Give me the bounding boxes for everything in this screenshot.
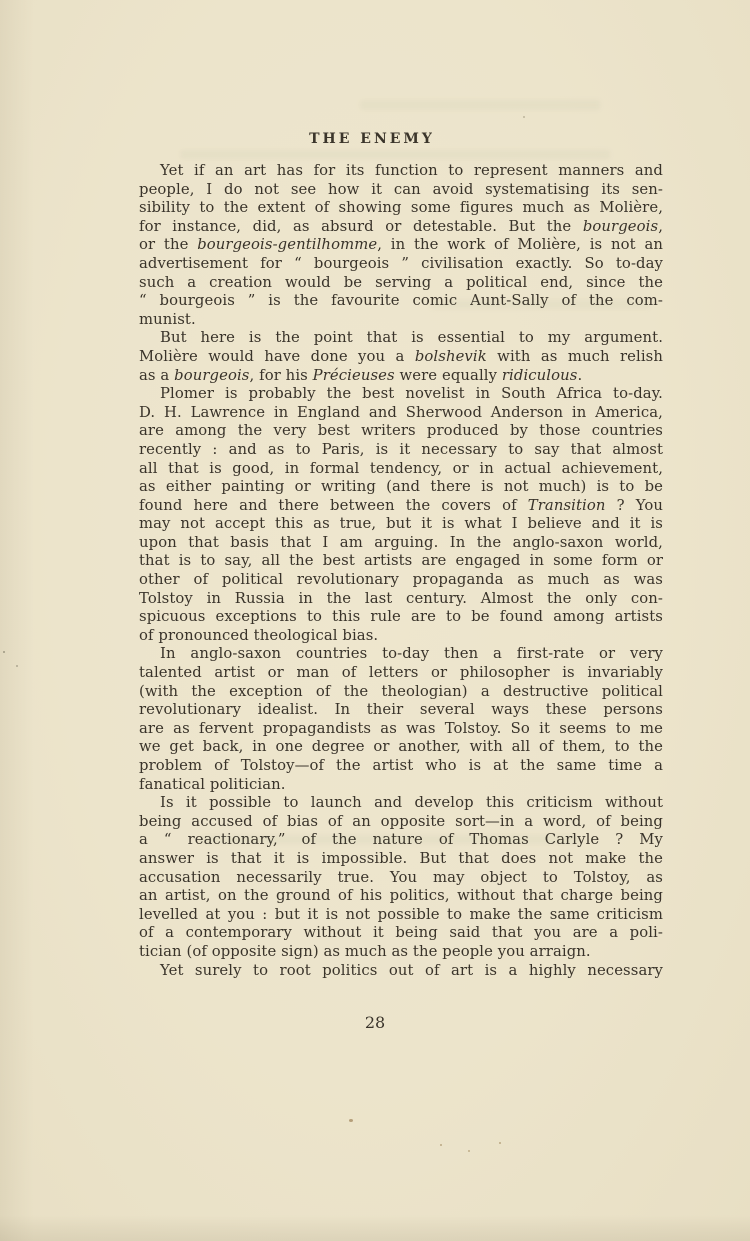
paragraph: Is it possible to launch and develop thi… bbox=[139, 794, 663, 961]
text-line: recently : and as to Paris, is it necess… bbox=[139, 441, 663, 460]
text-line: D. H. Lawrence in England and Sherwood A… bbox=[139, 404, 663, 423]
text-line: other of political revolutionary propaga… bbox=[139, 571, 663, 590]
text-segment: were equally bbox=[395, 367, 502, 384]
text-segment: D. H. Lawrence in England and Sherwood A… bbox=[139, 404, 663, 421]
paragraph: Plomer is probably the best novelist in … bbox=[139, 385, 663, 645]
text-line: accusation necessarily true. You may obj… bbox=[139, 869, 663, 888]
text-segment: people, I do not see how it can avoid sy… bbox=[139, 181, 663, 198]
paper-speck bbox=[349, 1119, 353, 1122]
show-through-smudge bbox=[200, 835, 580, 844]
text-segment: answer is that it is impossible. But tha… bbox=[139, 850, 663, 867]
text-segment: may not accept this as true, but it is w… bbox=[139, 515, 663, 532]
italic-text: Précieuses bbox=[313, 367, 395, 384]
text-segment: with as much relish bbox=[487, 348, 663, 365]
text-segment: revolutionary idealist. In their several… bbox=[139, 701, 663, 718]
text-segment: munist. bbox=[139, 311, 196, 328]
italic-text: bourgeois bbox=[583, 218, 658, 235]
text-segment: recently : and as to Paris, is it necess… bbox=[139, 441, 663, 458]
text-segment: accusation necessarily true. You may obj… bbox=[139, 869, 663, 886]
paper-speck bbox=[16, 665, 18, 667]
text-line: an artist, on the ground of his politics… bbox=[139, 887, 663, 906]
text-segment: , in the work of Molière, is not an bbox=[377, 236, 663, 253]
paper-speck bbox=[468, 1150, 470, 1152]
page-number: 28 bbox=[0, 1013, 750, 1032]
text-segment: as a bbox=[139, 367, 174, 384]
text-segment: fanatical politician. bbox=[139, 776, 286, 793]
text-line: Yet surely to root politics out of art i… bbox=[139, 962, 663, 981]
text-segment: But here is the point that is essential … bbox=[160, 329, 663, 346]
paragraph: In anglo-saxon countries to-day then a f… bbox=[139, 645, 663, 794]
text-line: fanatical politician. bbox=[139, 776, 663, 795]
text-segment: are among the very best writers produced… bbox=[139, 422, 663, 439]
text-segment: upon that basis that I am arguing. In th… bbox=[139, 534, 663, 551]
italic-text: bourgeois-gentilhomme bbox=[197, 236, 377, 253]
paragraph: Yet surely to root politics out of art i… bbox=[139, 962, 663, 981]
text-segment: Tolstoy in Russia in the last century. A… bbox=[139, 590, 663, 607]
show-through-smudge bbox=[360, 100, 600, 110]
text-line: (with the exception of the theologian) a… bbox=[139, 683, 663, 702]
paper-speck bbox=[499, 1142, 501, 1144]
text-segment: sibility to the extent of showing some f… bbox=[139, 199, 663, 216]
text-segment: levelled at you : but it is not possible… bbox=[139, 906, 663, 923]
text-line: as a bourgeois, for his Précieuses were … bbox=[139, 367, 663, 386]
text-line: Molière would have done you a bolshevik … bbox=[139, 348, 663, 367]
text-segment: for instance, did, as absurd or detestab… bbox=[139, 218, 583, 235]
text-line: In anglo-saxon countries to-day then a f… bbox=[139, 645, 663, 664]
text-segment: as either painting or writing (and there… bbox=[139, 478, 663, 495]
text-line: spicuous exceptions to this rule are to … bbox=[139, 608, 663, 627]
text-line: we get back, in one degree or another, w… bbox=[139, 738, 663, 757]
text-line: advertisement for “ bourgeois ” civilisa… bbox=[139, 255, 663, 274]
text-line: answer is that it is impossible. But tha… bbox=[139, 850, 663, 869]
text-line: Plomer is probably the best novelist in … bbox=[139, 385, 663, 404]
text-line: But here is the point that is essential … bbox=[139, 329, 663, 348]
text-segment: talented artist or man of letters or phi… bbox=[139, 664, 663, 681]
text-line: Yet if an art has for its function to re… bbox=[139, 162, 663, 181]
text-line: Tolstoy in Russia in the last century. A… bbox=[139, 590, 663, 609]
text-line: that is to say, all the best artists are… bbox=[139, 552, 663, 571]
text-segment: of a contemporary without it being said … bbox=[139, 924, 663, 941]
paper-speck bbox=[523, 116, 525, 118]
scanned-book-page: THE ENEMY Yet if an art has for its func… bbox=[0, 0, 750, 1241]
text-line: found here and there between the covers … bbox=[139, 497, 663, 516]
text-segment: all that is good, in formal tendency, or… bbox=[139, 460, 663, 477]
paper-speck bbox=[440, 1144, 442, 1146]
italic-text: bourgeois bbox=[174, 367, 249, 384]
text-segment: spicuous exceptions to this rule are to … bbox=[139, 608, 663, 625]
text-segment: Plomer is probably the best novelist in … bbox=[160, 385, 663, 402]
text-line: levelled at you : but it is not possible… bbox=[139, 906, 663, 925]
paper-speck bbox=[3, 651, 5, 653]
text-block: Yet if an art has for its function to re… bbox=[139, 162, 663, 980]
text-line: being accused of bias of an opposite sor… bbox=[139, 813, 663, 832]
italic-text: ridiculous bbox=[502, 367, 578, 384]
text-segment: Molière would have done you a bbox=[139, 348, 415, 365]
italic-text: bolshevik bbox=[415, 348, 487, 365]
text-segment: tician (of opposite sign) as much as the… bbox=[139, 943, 591, 960]
italic-text: Transition bbox=[528, 497, 606, 514]
text-line: are as fervent propagandists as was Tols… bbox=[139, 720, 663, 739]
text-line: may not accept this as true, but it is w… bbox=[139, 515, 663, 534]
text-segment: or the bbox=[139, 236, 197, 253]
text-segment: being accused of bias of an opposite sor… bbox=[139, 813, 663, 830]
running-header: THE ENEMY bbox=[0, 131, 744, 147]
text-line: munist. bbox=[139, 311, 663, 330]
text-line: such a creation would be serving a polit… bbox=[139, 274, 663, 293]
show-through-smudge bbox=[180, 150, 610, 159]
text-line: talented artist or man of letters or phi… bbox=[139, 664, 663, 683]
paragraph: But here is the point that is essential … bbox=[139, 329, 663, 385]
text-segment: Is it possible to launch and develop thi… bbox=[160, 794, 663, 811]
text-line: or the bourgeois-gentilhomme, in the wor… bbox=[139, 236, 663, 255]
text-line: all that is good, in formal tendency, or… bbox=[139, 460, 663, 479]
text-segment: In anglo-saxon countries to-day then a f… bbox=[160, 645, 663, 662]
text-segment: (with the exception of the theologian) a… bbox=[139, 683, 663, 700]
text-segment: , for his bbox=[250, 367, 313, 384]
text-line: upon that basis that I am arguing. In th… bbox=[139, 534, 663, 553]
text-segment: of pronounced theological bias. bbox=[139, 627, 378, 644]
show-through-smudge bbox=[430, 300, 650, 309]
text-segment: advertisement for “ bourgeois ” civilisa… bbox=[139, 255, 663, 272]
text-line: of pronounced theological bias. bbox=[139, 627, 663, 646]
text-segment: , bbox=[658, 218, 663, 235]
text-segment: Yet surely to root politics out of art i… bbox=[160, 962, 663, 979]
text-segment: found here and there between the covers … bbox=[139, 497, 528, 514]
text-segment: we get back, in one degree or another, w… bbox=[139, 738, 663, 755]
text-segment: are as fervent propagandists as was Tols… bbox=[139, 720, 663, 737]
text-line: of a contemporary without it being said … bbox=[139, 924, 663, 943]
text-segment: problem of Tolstoy—of the artist who is … bbox=[139, 757, 663, 774]
text-line: problem of Tolstoy—of the artist who is … bbox=[139, 757, 663, 776]
text-line: Is it possible to launch and develop thi… bbox=[139, 794, 663, 813]
text-segment: an artist, on the ground of his politics… bbox=[139, 887, 663, 904]
text-line: as either painting or writing (and there… bbox=[139, 478, 663, 497]
text-segment: Yet if an art has for its function to re… bbox=[160, 162, 663, 179]
text-line: revolutionary idealist. In their several… bbox=[139, 701, 663, 720]
text-line: are among the very best writers produced… bbox=[139, 422, 663, 441]
text-line: for instance, did, as absurd or detestab… bbox=[139, 218, 663, 237]
text-line: sibility to the extent of showing some f… bbox=[139, 199, 663, 218]
text-line: tician (of opposite sign) as much as the… bbox=[139, 943, 663, 962]
text-segment: other of political revolutionary propaga… bbox=[139, 571, 663, 588]
text-segment: . bbox=[577, 367, 582, 384]
text-segment: such a creation would be serving a polit… bbox=[139, 274, 663, 291]
text-segment: that is to say, all the best artists are… bbox=[139, 552, 663, 569]
text-segment: ? You bbox=[606, 497, 663, 514]
text-line: people, I do not see how it can avoid sy… bbox=[139, 181, 663, 200]
